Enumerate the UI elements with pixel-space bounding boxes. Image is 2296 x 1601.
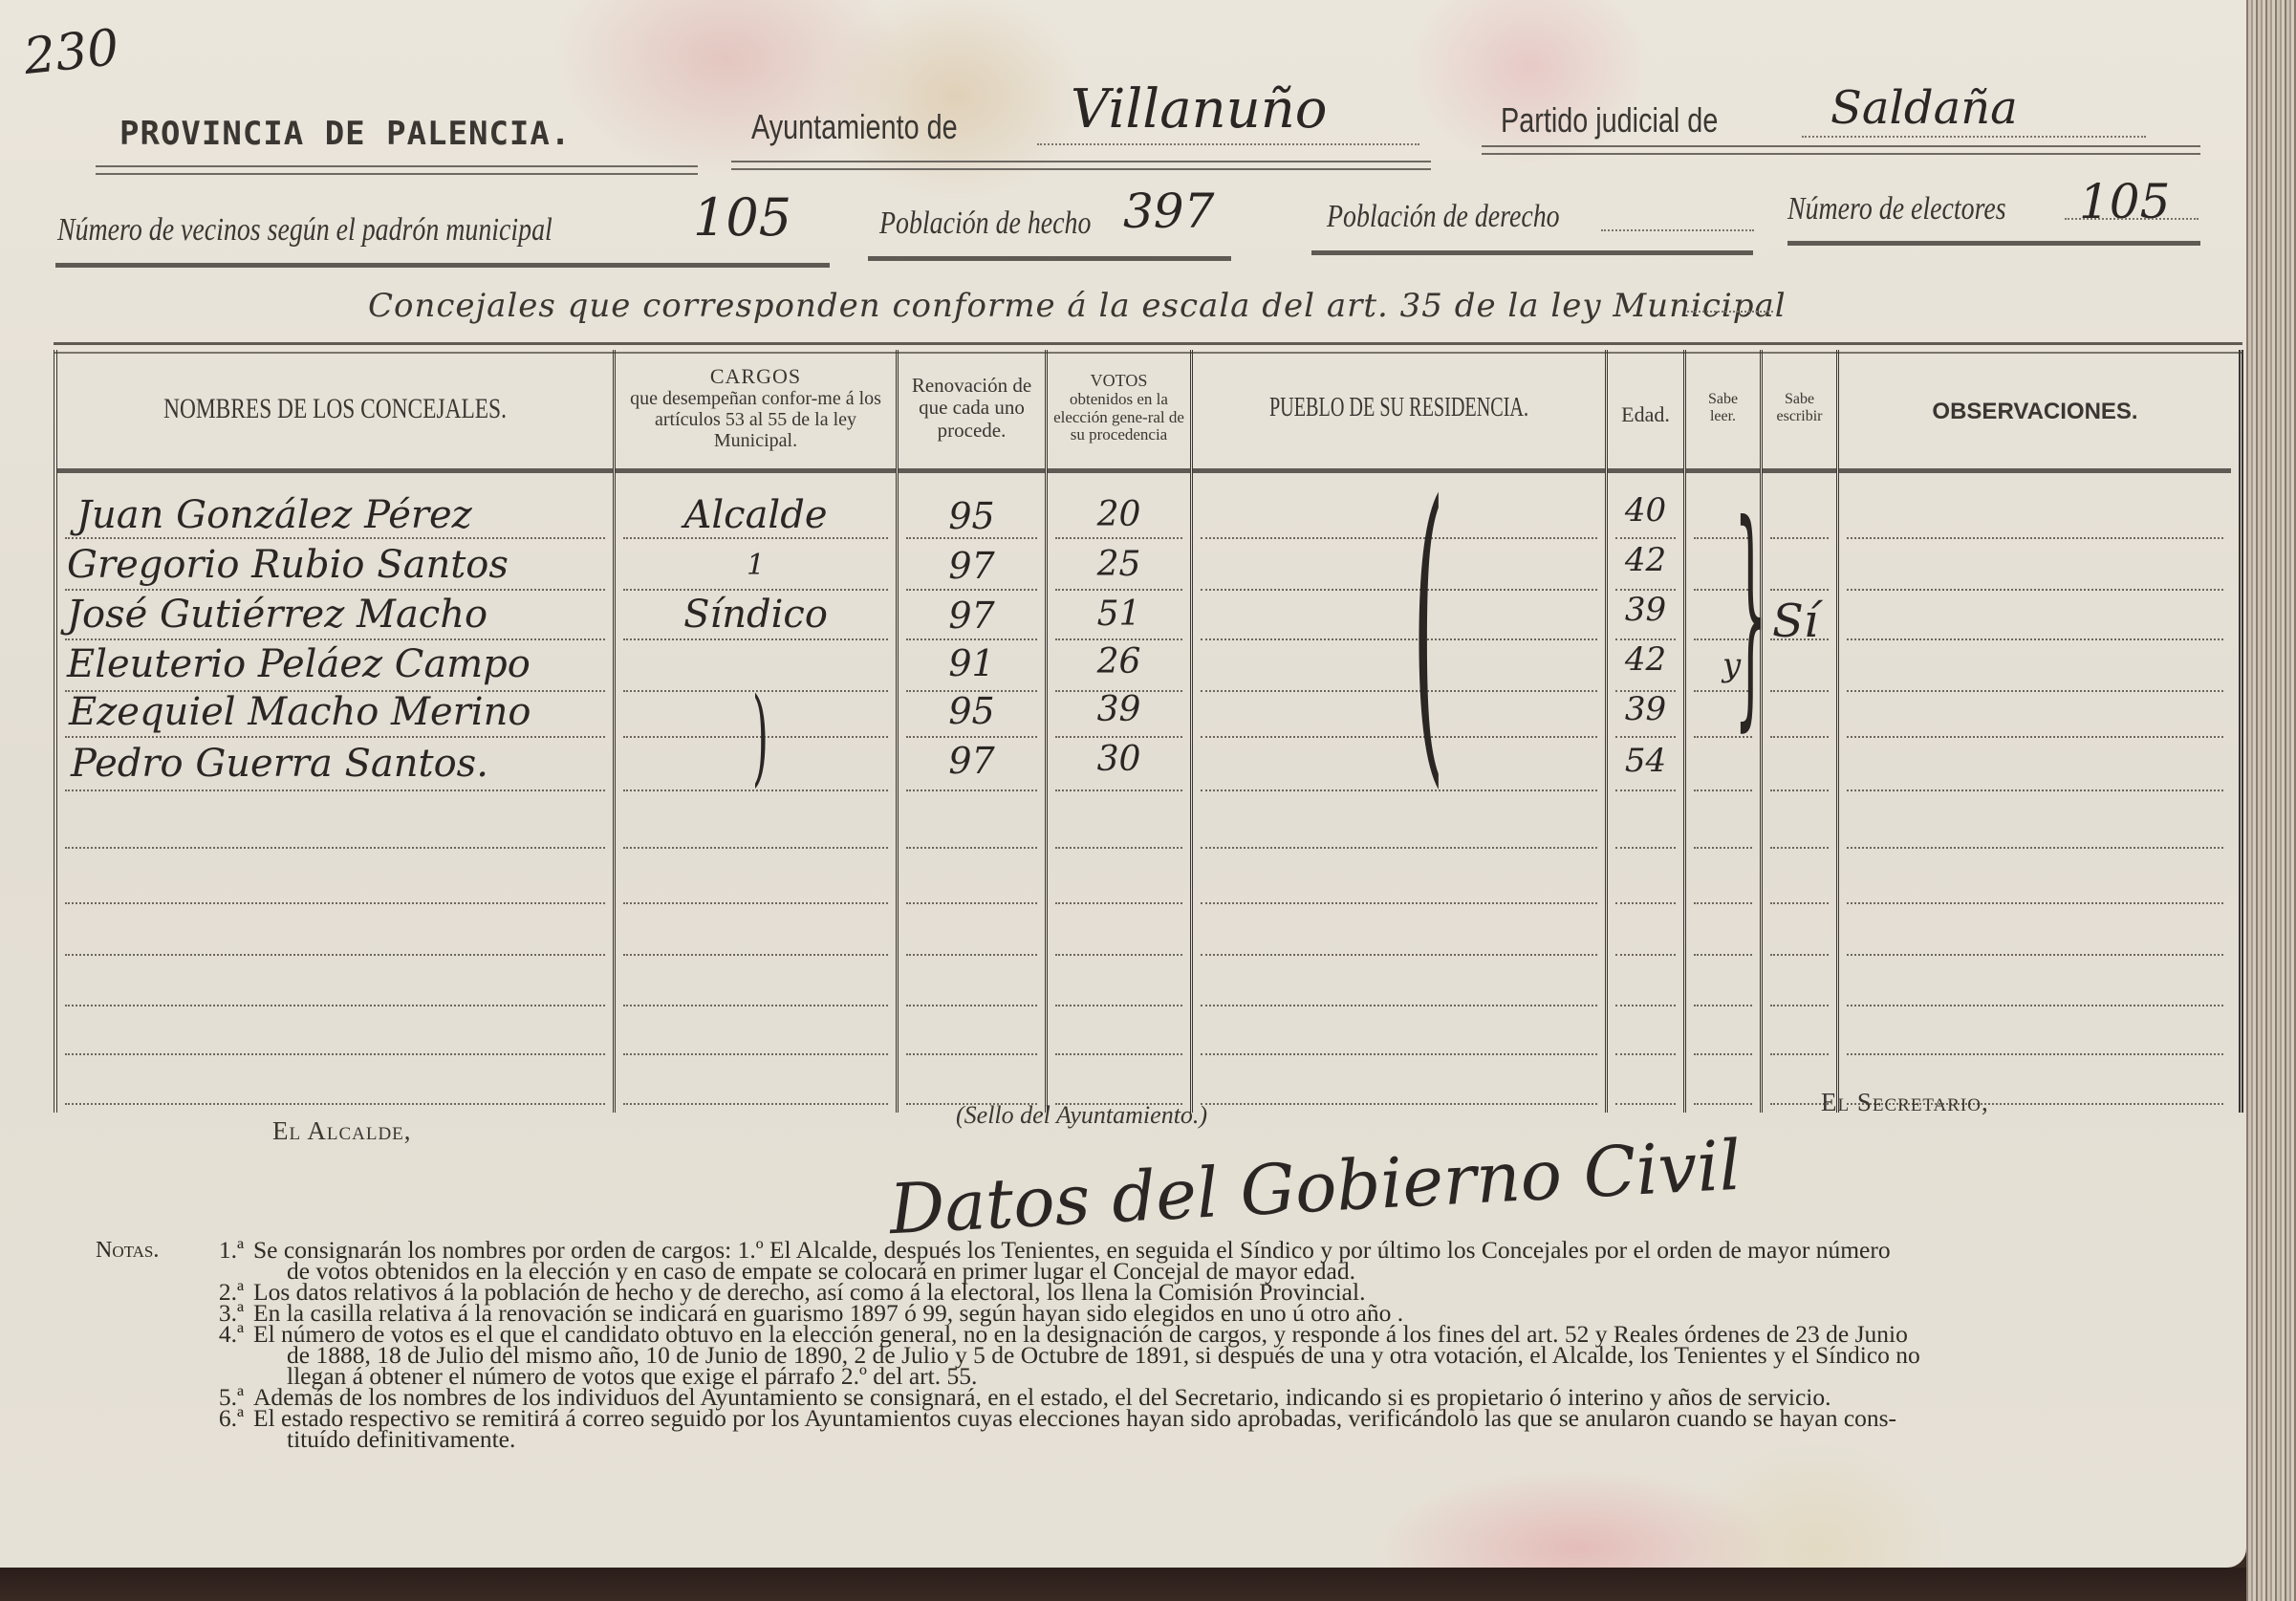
header-votos-sub: obtenidos en la elección gene-ral de su … xyxy=(1048,391,1190,444)
header-renovacion: Renovación de que cada uno procede. xyxy=(899,350,1045,466)
ayuntamiento-value: Villanuño xyxy=(1071,78,1328,141)
handwritten-annotation: Datos del Gobierno Civil xyxy=(887,1125,1743,1250)
table-cell-cargo: Alcalde xyxy=(616,493,896,537)
table-cell-nombre: Juan González Pérez xyxy=(76,493,613,537)
sabe-leer-value: y xyxy=(1722,646,1741,684)
table-cell-renovacion: 97 xyxy=(899,545,1045,587)
vecinos-value: 105 xyxy=(693,187,791,248)
table-cell-renovacion: 95 xyxy=(899,495,1045,537)
table-cell-renovacion: 95 xyxy=(899,690,1045,732)
column-sabe-leer: Sabe leer. } y xyxy=(1686,350,1763,1113)
rule xyxy=(1787,241,2200,246)
header-cargos-sub: que desempeñan confor-me á los artículos… xyxy=(619,388,892,451)
header-nombres: NOMBRES DE LOS CONCEJALES. xyxy=(119,350,552,466)
header-votos: VOTOS obtenidos en la elección gene-ral … xyxy=(1048,350,1190,466)
poblacion-hecho-value: 397 xyxy=(1123,184,1214,239)
table-cell-edad: 42 xyxy=(1608,640,1683,679)
header-sabe-leer: Sabe leer. xyxy=(1686,350,1760,466)
ayuntamiento-label: Ayuntamiento de xyxy=(751,107,958,147)
notes-label: Notas. xyxy=(96,1240,196,1261)
header-votos-title: VOTOS xyxy=(1091,372,1148,391)
header-cargos: CARGOS que desempeñan confor-me á los ar… xyxy=(616,350,896,466)
table-cell-nombre: José Gutiérrez Macho xyxy=(67,593,613,637)
note-text: El estado respectivo se remitirá á corre… xyxy=(253,1408,2218,1429)
column-pueblo: PUEBLO DE SU RESIDENCIA. ( xyxy=(1193,350,1608,1113)
table-cell-edad: 40 xyxy=(1608,491,1683,530)
table-cell-edad: 54 xyxy=(1608,742,1683,780)
notes-section: Notas. 1.ª Se consignarán los nombres po… xyxy=(96,1240,2218,1450)
note-number: 1.ª xyxy=(196,1240,253,1261)
table-cell-edad: 39 xyxy=(1608,591,1683,629)
table-cell-renovacion: 91 xyxy=(899,642,1045,684)
table-cell-cargo: 1 xyxy=(616,549,896,582)
note-number: 4.ª xyxy=(196,1324,253,1345)
note-text: tituído definitivamente. xyxy=(96,1429,2218,1450)
table-cell-nombre: Pedro Guerra Santos. xyxy=(71,742,613,786)
folio-number: 230 xyxy=(21,19,121,86)
concejales-table: NOMBRES DE LOS CONCEJALES. Juan González… xyxy=(54,350,2243,1113)
table-cell-nombre: Eleuterio Peláez Campo xyxy=(67,642,613,686)
secretario-label: El Secretario, xyxy=(1821,1088,1989,1117)
table-subtitle: Concejales que corresponden conforme á l… xyxy=(368,287,1787,325)
poblacion-derecho-label: Población de derecho xyxy=(1327,199,1560,235)
rule xyxy=(96,165,698,175)
book-binding xyxy=(0,1568,2246,1601)
table-cell-edad: 42 xyxy=(1608,541,1683,579)
document-page: 230 PROVINCIA DE PALENCIA. Ayuntamiento … xyxy=(0,0,2246,1568)
table-cell-votos: 30 xyxy=(1048,740,1190,779)
column-sabe-escribir: Sabe escribir Sí xyxy=(1763,350,1839,1113)
table-cell-votos: 26 xyxy=(1048,642,1190,682)
sabe-escribir-value: Sí xyxy=(1772,595,1818,648)
table-cell-renovacion: 97 xyxy=(899,595,1045,637)
header-edad: Edad. xyxy=(1608,350,1683,466)
book-page-edges xyxy=(2246,0,2296,1601)
column-nombres: NOMBRES DE LOS CONCEJALES. Juan González… xyxy=(57,350,616,1113)
partido-value: Saldaña xyxy=(1830,81,2018,135)
table-cell-nombre: Gregorio Rubio Santos xyxy=(67,543,613,587)
table-cell-edad: 39 xyxy=(1608,690,1683,728)
table-cell-nombre: Ezequiel Macho Merino xyxy=(69,690,613,734)
brace-icon: ( xyxy=(1413,465,1444,790)
header-observaciones: OBSERVACIONES. xyxy=(1839,350,2231,466)
table-cell-votos: 25 xyxy=(1048,545,1190,584)
fill-line xyxy=(1687,311,1773,313)
fill-line xyxy=(1037,143,1419,145)
vecinos-label: Número de vecinos según el padrón munici… xyxy=(57,212,552,249)
column-renovacion: Renovación de que cada uno procede. 95 9… xyxy=(899,350,1048,1113)
fill-line xyxy=(2065,218,2199,220)
province-title: PROVINCIA DE PALENCIA. xyxy=(119,115,571,153)
rule xyxy=(868,256,1231,261)
column-observaciones: OBSERVACIONES. xyxy=(1839,350,2231,1113)
rule xyxy=(55,263,830,268)
sello-label: (Sello del Ayuntamiento.) xyxy=(956,1101,1207,1130)
column-cargos: CARGOS que desempeñan confor-me á los ar… xyxy=(616,350,899,1113)
electores-value: 105 xyxy=(2079,174,2170,229)
column-edad: Edad. 40 42 39 42 39 54 xyxy=(1608,350,1686,1113)
table-cell-votos: 51 xyxy=(1048,595,1190,634)
fill-line xyxy=(1802,136,2146,138)
table-cell-votos: 39 xyxy=(1048,690,1190,729)
brace-icon: ) xyxy=(752,675,769,797)
header-cargos-title: CARGOS xyxy=(710,365,801,388)
rule xyxy=(1311,250,1753,255)
electores-label: Número de electores xyxy=(1787,191,2006,227)
table-cell-renovacion: 97 xyxy=(899,740,1045,782)
column-votos: VOTOS obtenidos en la elección gene-ral … xyxy=(1048,350,1193,1113)
table-cell-cargo: Síndico xyxy=(616,593,896,637)
rule xyxy=(731,161,1431,170)
alcalde-label: El Alcalde, xyxy=(272,1116,412,1146)
header-sabe-escribir: Sabe escribir xyxy=(1763,350,1836,466)
note-number: 6.ª xyxy=(196,1408,253,1429)
table-cell-votos: 20 xyxy=(1048,495,1190,534)
poblacion-hecho-label: Población de hecho xyxy=(879,206,1091,242)
rule xyxy=(1482,145,2200,155)
header-pueblo: PUEBLO DE SU RESIDENCIA. xyxy=(1250,350,1547,466)
fill-line xyxy=(1601,229,1754,231)
partido-label: Partido judicial de xyxy=(1501,100,1718,141)
